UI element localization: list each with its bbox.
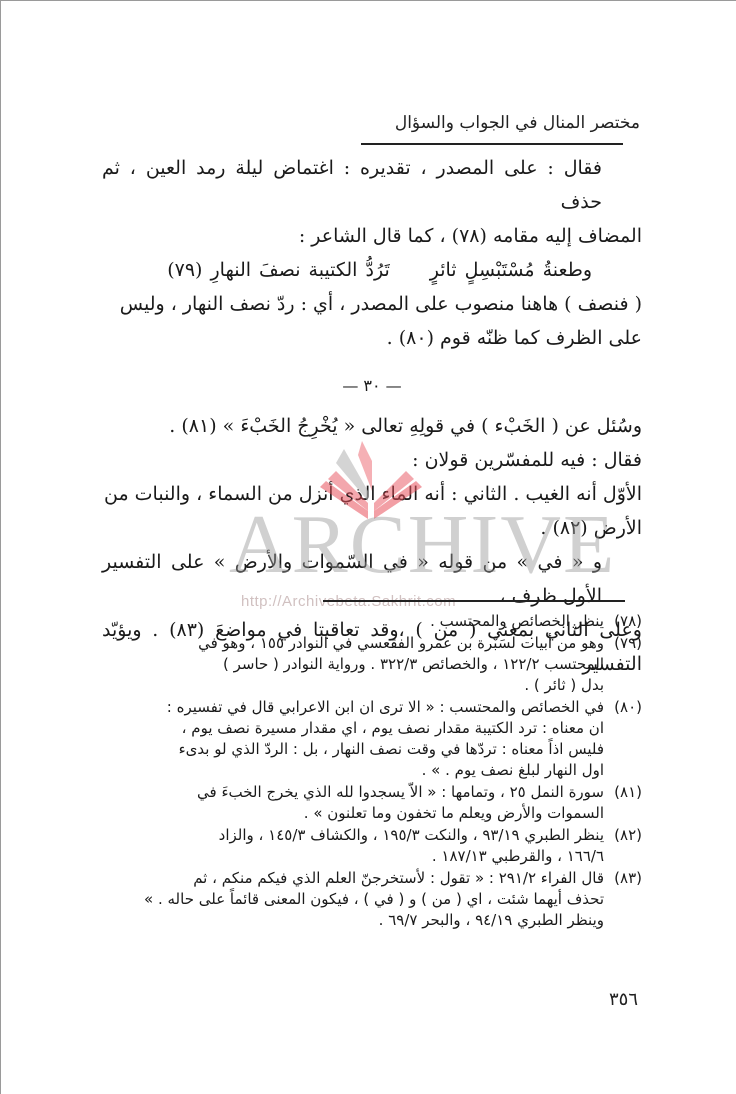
footnote-text: وهو من أبيات لسَبْرة بن عمرو الفقعسي في … <box>102 633 604 696</box>
footnote-line: المحتسب ١٢٢/٢ ، والخصائص ٣٢٢/٣ . ورواية … <box>102 654 604 675</box>
footnote-text: ينظر الخصائص والمحتسب . <box>102 611 604 632</box>
footnote-number: (٧٨) <box>604 611 642 632</box>
footnotes-section: (٧٨) ينظر الخصائص والمحتسب . (٧٩) وهو من… <box>102 611 642 932</box>
footnote-line: ١٦٦/٦ ، والقرطبي ١٨٧/١٣ . <box>102 846 604 867</box>
footnote-line: ان معناه : ترد الكتيبة مقدار نصف يوم ، ا… <box>102 718 604 739</box>
footnote-number: (٨١) <box>604 782 642 824</box>
footnote-number: (٨٢) <box>604 825 642 867</box>
footnote-text: ينظر الطبري ٩٣/١٩ ، والنكت ١٩٥/٣ ، والكش… <box>102 825 604 867</box>
running-header-title: مختصر المنال في الجواب والسؤال <box>395 113 640 133</box>
body-line: المضاف إليه مقامه (٧٨) ، كما قال الشاعر … <box>102 219 642 253</box>
verse-first-hemistich: وطعنةُ مُسْتَبْسِلٍ ثائرٍ <box>430 259 592 281</box>
document-page: مختصر المنال في الجواب والسؤال فقال : عل… <box>0 0 736 1094</box>
footnote-number: (٨٣) <box>604 868 642 931</box>
footnote-80: (٨٠) في الخصائص والمحتسب : « الا ترى ان … <box>102 697 642 781</box>
footnote-line: ينظر الخصائص والمحتسب . <box>102 611 604 632</box>
answer-intro-line: فقال : فيه للمفسّرين قولان : <box>102 443 642 477</box>
footnote-text: في الخصائص والمحتسب : « الا ترى ان ابن ا… <box>102 697 604 781</box>
footnote-line: السموات والأرض ويعلم ما تخفون وما تعلنون… <box>102 803 604 824</box>
footnote-78: (٧٨) ينظر الخصائص والمحتسب . <box>102 611 642 632</box>
question-line: وسُئل عن ( الخَبْء ) في قولِهِ تعالى « ي… <box>102 409 642 443</box>
footnote-line: اول النهار لبلغ نصف يوم . » . <box>102 760 604 781</box>
footnote-line: وهو من أبيات لسَبْرة بن عمرو الفقعسي في … <box>102 633 604 654</box>
footnote-line: فليس اذاً معناه : تردّها في وقت نصف النه… <box>102 739 604 760</box>
footnote-line: سورة النمل ٢٥ ، وتمامها : « الاّ يسجدوا … <box>102 782 604 803</box>
footnote-line: ينظر الطبري ٩٣/١٩ ، والنكت ١٩٥/٣ ، والكش… <box>102 825 604 846</box>
footnote-number: (٨٠) <box>604 697 642 781</box>
footnote-text: قال الفراء ٢٩١/٢ : « تقول : لأستخرجنّ ال… <box>102 868 604 931</box>
footnote-83: (٨٣) قال الفراء ٢٩١/٢ : « تقول : لأستخرج… <box>102 868 642 931</box>
footnote-79: (٧٩) وهو من أبيات لسَبْرة بن عمرو الفقعس… <box>102 633 642 696</box>
section-number: — ٣٠ — <box>102 369 642 403</box>
footnote-line: تحذف أيهما شئت ، اي ( من ) و ( في ) ، في… <box>102 889 604 910</box>
poem-verse: وطعنةُ مُسْتَبْسِلٍ ثائرٍتَرُدُّ الكتيبة… <box>102 253 642 287</box>
body-line: و « في » من قوله « في السّموات والأرض » … <box>102 545 642 613</box>
body-line: ( فنصف ) هاهنا منصوب على المصدر ، أي : ر… <box>102 287 642 321</box>
footnote-81: (٨١) سورة النمل ٢٥ ، وتمامها : « الاّ يس… <box>102 782 642 824</box>
footnote-line: وينظر الطبري ٩٤/١٩ ، والبحر ٦٩/٧ . <box>102 910 604 931</box>
verse-second-hemistich: تَرُدُّ الكتيبة نصفَ النهارِ (٧٩) <box>167 259 390 281</box>
page-number: ٣٥٦ <box>609 989 638 1010</box>
footnote-divider <box>323 600 625 602</box>
body-line: على الظرف كما ظنّه قوم (٨٠) . <box>102 321 642 355</box>
footnote-line: قال الفراء ٢٩١/٢ : « تقول : لأستخرجنّ ال… <box>102 868 604 889</box>
footnote-number: (٧٩) <box>604 633 642 696</box>
header-divider <box>361 143 623 145</box>
body-line: فقال : على المصدر ، تقديره : اغتماض ليلة… <box>102 151 642 219</box>
body-line: الأرض (٨٢) . <box>102 511 642 545</box>
footnote-line: في الخصائص والمحتسب : « الا ترى ان ابن ا… <box>102 697 604 718</box>
body-line: الأوّل أنه الغيب . الثاني : أنه الماء ال… <box>102 477 642 511</box>
footnote-text: سورة النمل ٢٥ ، وتمامها : « الاّ يسجدوا … <box>102 782 604 824</box>
footnote-line: بدل ( ثائر ) . <box>102 675 604 696</box>
footnote-82: (٨٢) ينظر الطبري ٩٣/١٩ ، والنكت ١٩٥/٣ ، … <box>102 825 642 867</box>
